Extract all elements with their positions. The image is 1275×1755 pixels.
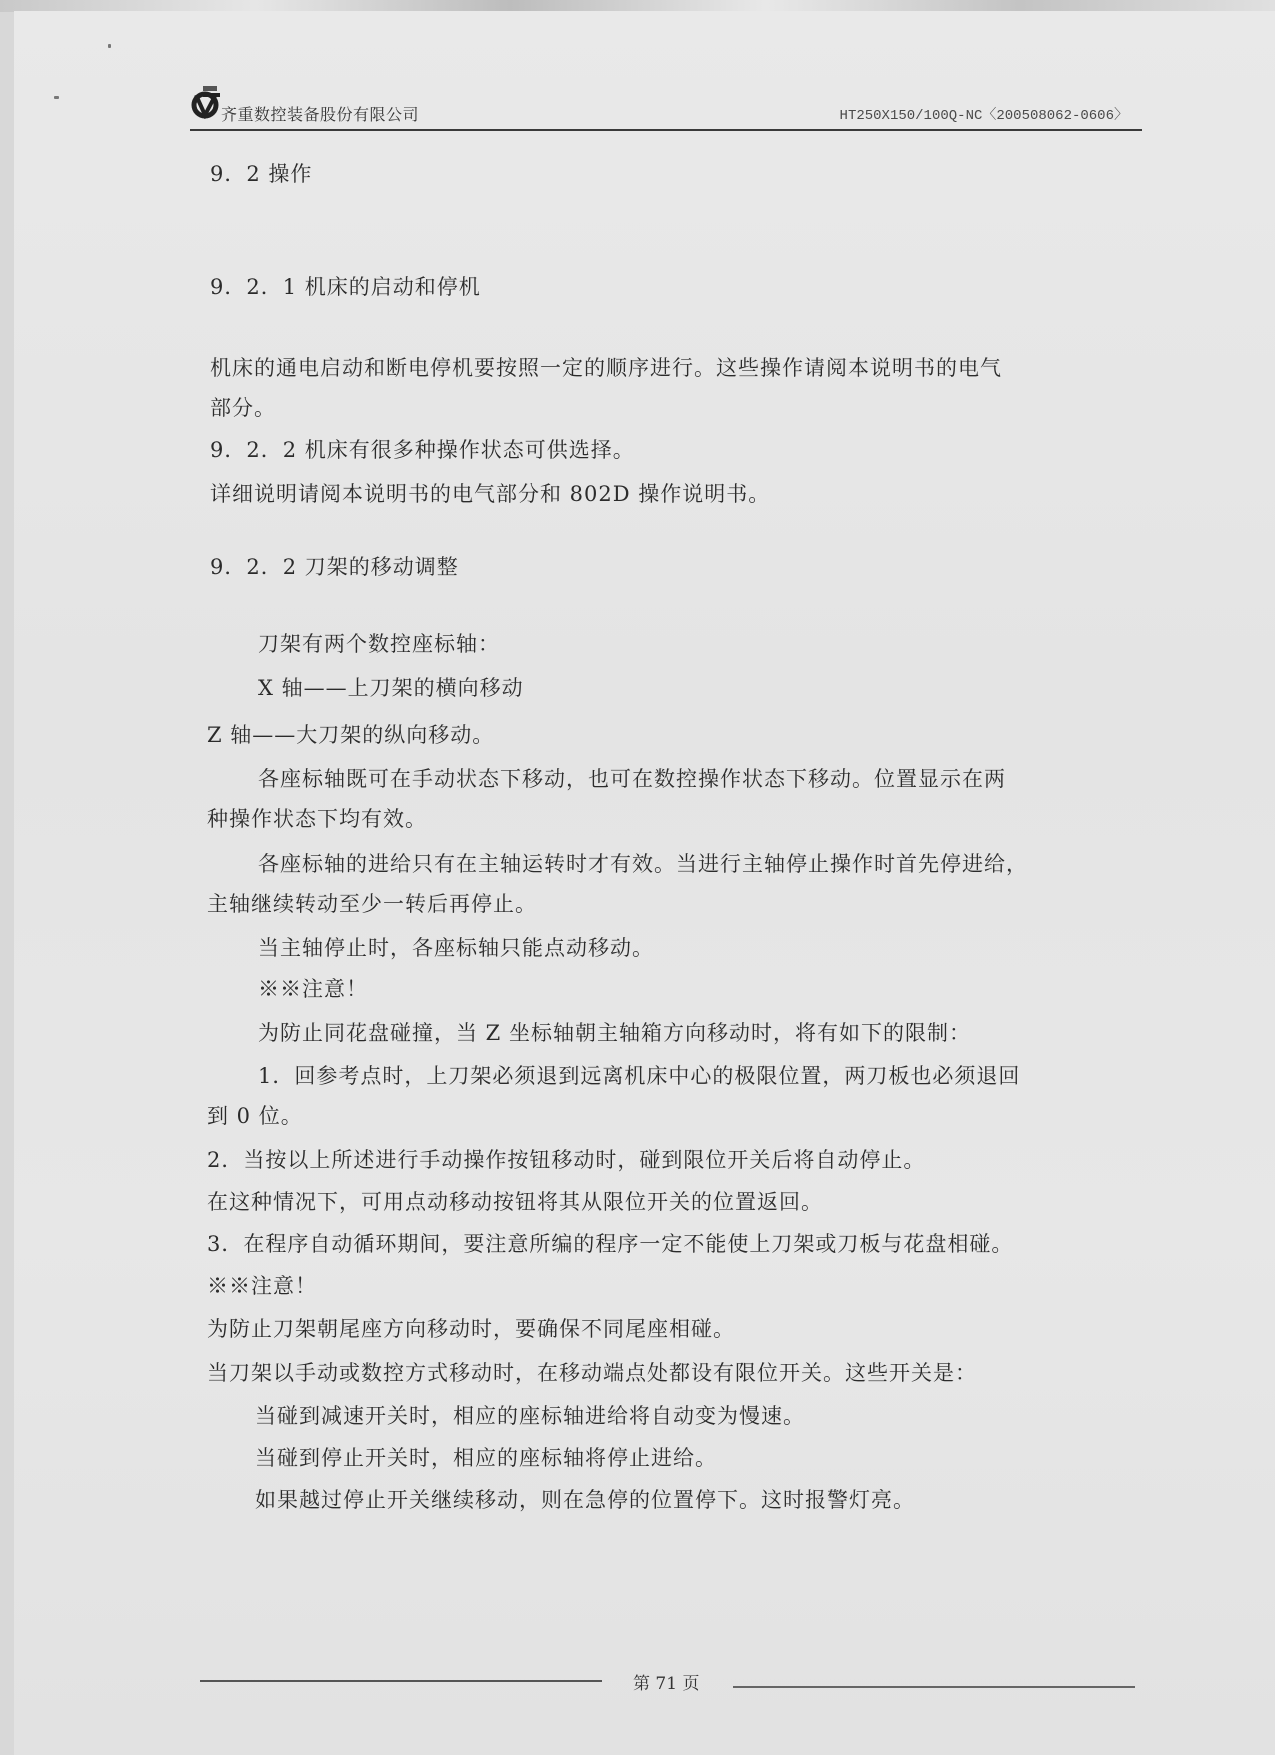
paragraph-line: 当主轴停止时，各座标轴只能点动移动。 [258,932,654,962]
page-header: 齐重数控装备股份有限公司 HT250X150/100Q-NC〈200508062… [190,83,1142,131]
paragraph-line: ※※注意！ [258,973,368,1003]
paragraph-line: 到 0 位。 [207,1100,303,1130]
paragraph-line: 当碰到减速开关时，相应的座标轴进给将自动变为慢速。 [255,1400,805,1430]
paragraph-line: 部分。 [210,392,276,422]
company-logo-icon [190,85,222,119]
paragraph-line: 详细说明请阅本说明书的电气部分和 802D 操作说明书。 [210,478,770,508]
section-heading: 9．2．1 机床的启动和停机 [210,271,481,301]
footer-rule-right [733,1686,1135,1688]
paragraph-line: 主轴继续转动至少一转后再停止。 [207,888,537,918]
footer-rule-left [200,1680,602,1682]
paragraph-line: 当碰到停止开关时，相应的座标轴将停止进给。 [255,1442,717,1472]
scan-speck [54,96,59,99]
paragraph-line: 机床的通电启动和断电停机要按照一定的顺序进行。这些操作请阅本说明书的电气 [210,352,1002,382]
paragraph-line: 各座标轴既可在手动状态下移动，也可在数控操作状态下移动。位置显示在两 [258,763,1006,793]
paragraph-line: X 轴——上刀架的横向移动 [258,672,524,702]
page-number: 第 71 页 [633,1669,699,1694]
document-id: HT250X150/100Q-NC〈200508062-0606〉 [840,104,1128,124]
paragraph-line: 为防止刀架朝尾座方向移动时，要确保不同尾座相碰。 [207,1313,735,1343]
scan-speck [108,44,111,48]
section-heading: 9．2．2 刀架的移动调整 [210,551,459,581]
paragraph-line: 1．回参考点时，上刀架必须退到远离机床中心的极限位置，两刀板也必须退回 [258,1060,1020,1090]
paragraph-line: 3．在程序自动循环期间，要注意所编的程序一定不能使上刀架或刀板与花盘相碰。 [207,1228,1013,1258]
paragraph-line: 刀架有两个数控座标轴： [258,628,500,658]
paragraph-line: 如果越过停止开关继续移动，则在急停的位置停下。这时报警灯亮。 [255,1484,915,1514]
paragraph-line: 为防止同花盘碰撞，当 Z 坐标轴朝主轴箱方向移动时，将有如下的限制： [258,1017,971,1047]
paragraph-line: 在这种情况下，可用点动移动按钮将其从限位开关的位置返回。 [207,1186,823,1216]
paragraph-line: Z 轴——大刀架的纵向移动。 [207,719,494,749]
paragraph-line: 9．2．2 机床有很多种操作状态可供选择。 [210,434,635,464]
paragraph-line: ※※注意！ [207,1270,317,1300]
paragraph-line: 2．当按以上所述进行手动操作按钮移动时，碰到限位开关后将自动停止。 [207,1144,925,1174]
company-name: 齐重数控装备股份有限公司 [221,102,419,125]
section-heading: 9．2 操作 [210,158,312,188]
paragraph-line: 当刀架以手动或数控方式移动时，在移动端点处都设有限位开关。这些开关是： [207,1357,977,1387]
paragraph-line: 种操作状态下均有效。 [207,803,427,833]
paragraph-line: 各座标轴的进给只有在主轴运转时才有效。当进行主轴停止操作时首先停进给， [258,848,1028,878]
